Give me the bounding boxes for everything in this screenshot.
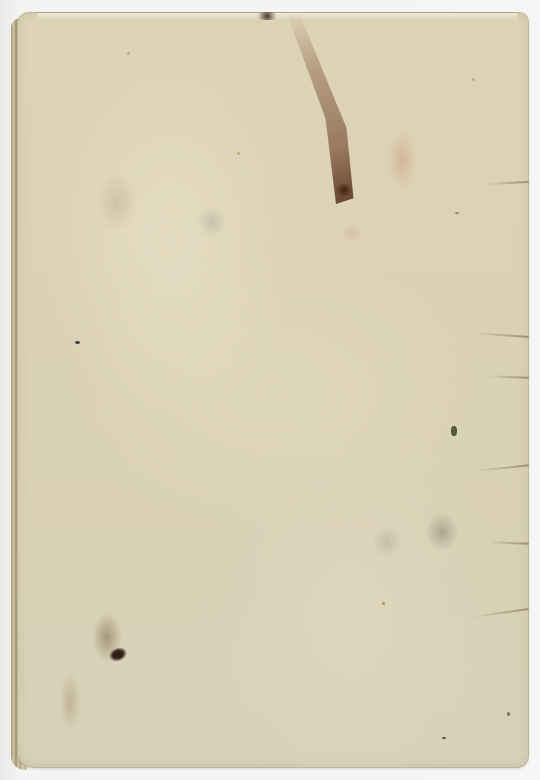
- speck: [455, 212, 459, 214]
- top-edge-wear: [37, 12, 517, 21]
- dotted-stain-mid-right: [372, 527, 402, 557]
- streak-end-blot: [335, 184, 353, 196]
- speck: [472, 78, 475, 81]
- pink-stain: [387, 130, 417, 190]
- edge-crack: [485, 181, 529, 185]
- brown-streak-stain: [287, 14, 357, 204]
- dark-blot: [107, 645, 128, 663]
- edge-crack: [472, 332, 529, 338]
- edge-crack: [487, 375, 529, 378]
- smudge-bottom-left: [92, 612, 122, 662]
- aged-card-back: [17, 12, 529, 768]
- speck: [237, 152, 240, 155]
- edge-crack: [477, 464, 529, 471]
- green-speck: [451, 426, 457, 436]
- edge-crack: [472, 608, 529, 618]
- dotted-stain-lower-right: [425, 512, 459, 552]
- faint-smudge-upper-left: [97, 172, 137, 232]
- faint-smudge-mid: [197, 207, 227, 237]
- edge-crack: [487, 541, 529, 544]
- ink-dot: [75, 341, 80, 344]
- photo-background: [0, 0, 540, 780]
- speck: [382, 602, 385, 605]
- smudge-lower-left-faint: [59, 672, 81, 732]
- speck: [507, 712, 510, 716]
- speck: [127, 52, 130, 55]
- faint-stain: [342, 224, 362, 242]
- speck: [442, 737, 446, 739]
